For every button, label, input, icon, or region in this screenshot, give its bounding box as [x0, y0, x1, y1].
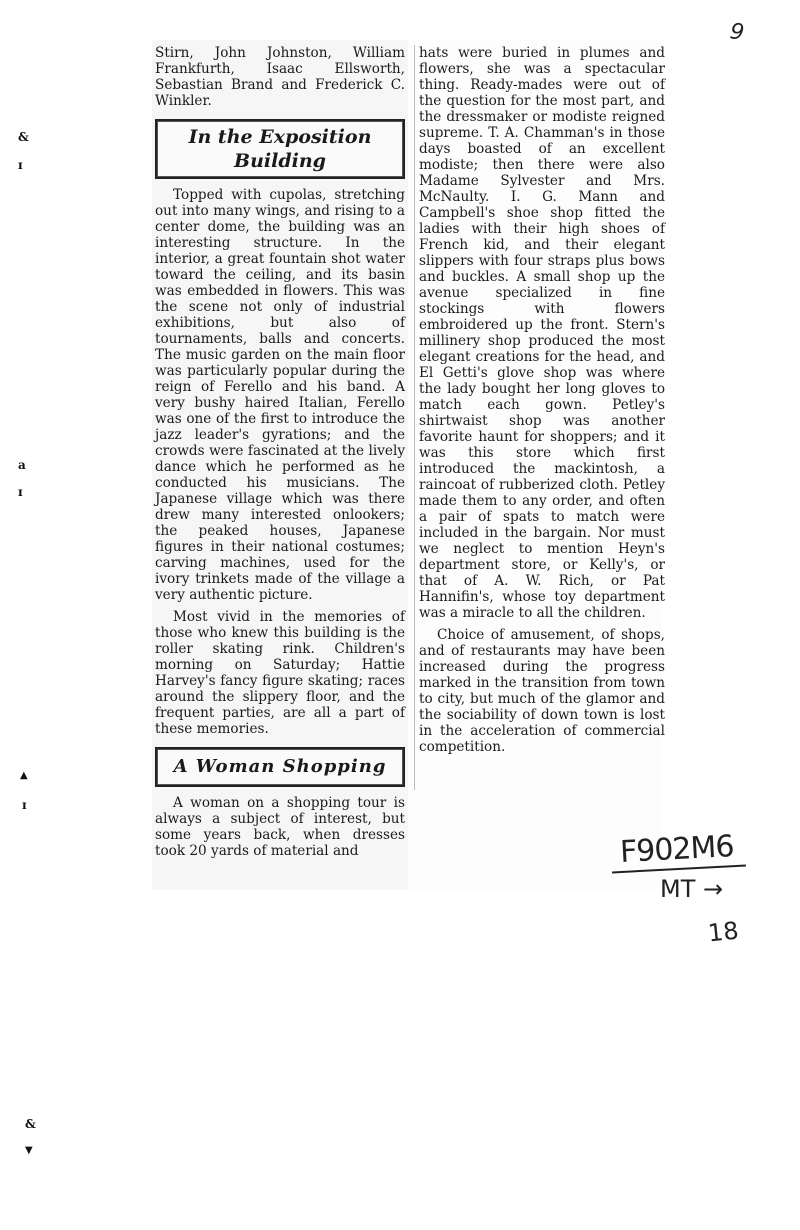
handwritten-call-number: F902M6 — [619, 829, 734, 870]
binding-mark: ɪ — [18, 158, 23, 172]
newspaper-clipping: Stirn, John Johnston, William Frankfurth… — [152, 40, 662, 890]
binding-mark: a — [18, 458, 26, 472]
right-column: hats were buried in plumes and flowers, … — [414, 45, 665, 790]
article-paragraph: A woman on a shopping tour is always a s… — [155, 795, 405, 859]
binding-mark: & — [25, 1117, 36, 1131]
section-heading-exposition: In the Exposition Building — [155, 119, 405, 179]
article-paragraph: hats were buried in plumes and flowers, … — [419, 45, 665, 621]
section-heading-shopping: A Woman Shopping — [155, 747, 405, 787]
binding-mark: ɪ — [18, 485, 23, 499]
handwritten-initials: MT → — [660, 875, 723, 903]
lead-paragraph: Stirn, John Johnston, William Frankfurth… — [155, 45, 405, 109]
handwritten-number: 18 — [707, 916, 740, 947]
article-paragraph: Topped with cupolas, stretching out into… — [155, 187, 405, 603]
article-paragraph: Most vivid in the memories of those who … — [155, 609, 405, 737]
left-column: Stirn, John Johnston, William Frankfurth… — [155, 45, 405, 865]
binding-mark: & — [18, 130, 29, 144]
binding-mark: ▼ — [25, 1145, 33, 1156]
article-paragraph: Choice of amusement, of shops, and of re… — [419, 627, 665, 755]
page-number: 9 — [728, 19, 745, 46]
binding-mark: ▲ — [20, 770, 28, 781]
binding-mark: ɪ — [22, 798, 27, 812]
